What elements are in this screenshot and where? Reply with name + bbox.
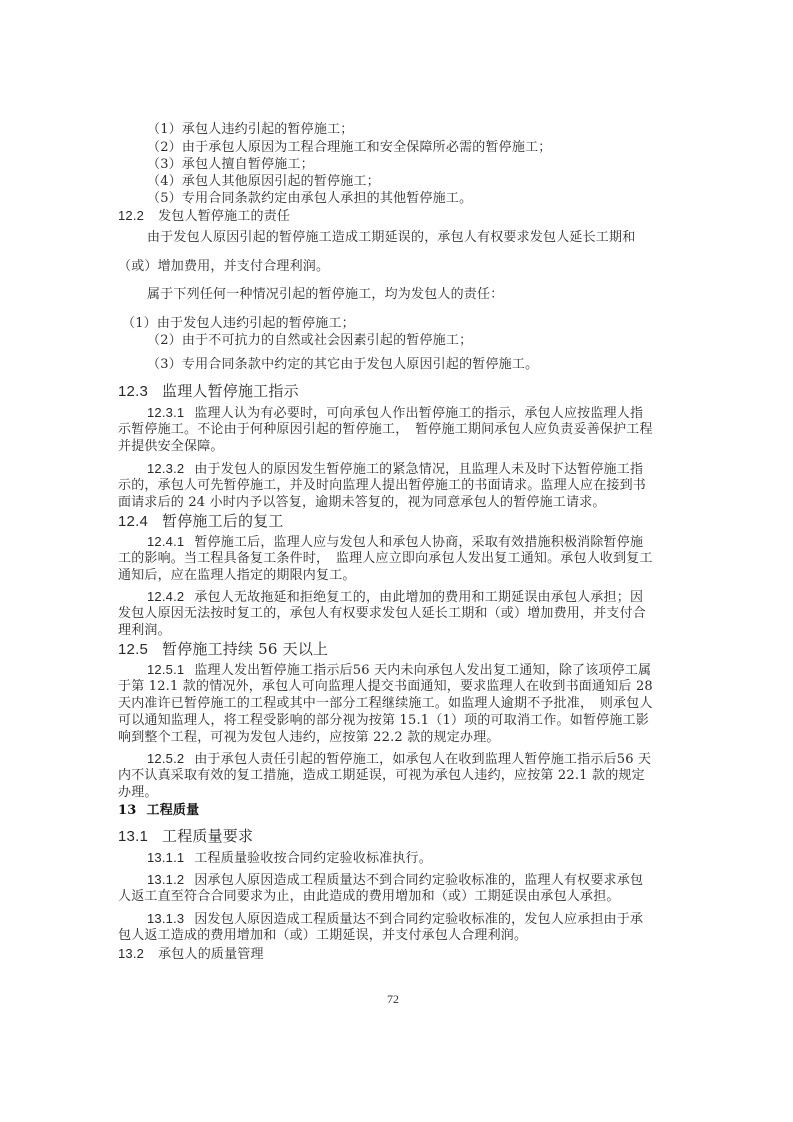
clause-number: 13.1.1 — [147, 850, 184, 865]
clause-text: 监理人认为有必要时，可向承包人作出暂停施工的指示，承包人应按监理人指 — [194, 406, 643, 421]
section-title: 暂停施工持续 56 天以上 — [162, 640, 328, 658]
clause-12-5-1: 12.5.1监理人发出暂停施工指示后56 天内未向承包人发出复工通知，除了该项停… — [147, 661, 651, 679]
clause-number: 12.4.2 — [147, 589, 184, 604]
clause-text: 工程质量验收按合同约定验收标准执行。 — [194, 851, 432, 866]
clause-number: 12.3.1 — [147, 405, 184, 420]
paragraph-line: 可以通知监理人，将工程受影响的部分视为按第 15.1（1）项的可取消工作。如暂停… — [118, 712, 649, 729]
section-title: 承包人的质量管理 — [158, 947, 264, 962]
list-item: （4）承包人其他原因引起的暂停施工； — [147, 173, 380, 190]
section-number: 12.4 — [118, 513, 148, 530]
clause-text: 暂停施工后，监理人应与发包人和承包人协商，采取有效措施积极消除暂停施 — [194, 535, 643, 550]
list-item: （2）由于承包人原因为工程合理施工和安全保障所必需的暂停施工； — [147, 139, 551, 156]
section-number: 13.2 — [118, 946, 144, 961]
clause-text: 由于承包人责任引起的暂停施工，如承包人在收到监理人暂停施工指示后56 天 — [194, 752, 651, 767]
clause-12-4-1: 12.4.1暂停施工后，监理人应与发包人和承包人协商，采取有效措施积极消除暂停施 — [147, 533, 643, 551]
clause-12-4-2: 12.4.2承包人无故拖延和拒绝复工的，由此增加的费用和工期延误由承包人承担；因 — [147, 588, 643, 606]
page-number: 72 — [387, 992, 399, 1007]
section-number: 13.1 — [118, 828, 148, 845]
clause-number: 13.1.3 — [147, 911, 184, 926]
paragraph-line: 面请求后的 24 小时内予以答复，逾期未答复的，视为同意承包人的暂停施工请求。 — [118, 494, 606, 511]
list-item: （2）由于不可抗力的自然或社会因素引起的暂停施工； — [147, 332, 472, 349]
list-item: （1）由于发包人违约引起的暂停施工； — [122, 315, 355, 332]
paragraph-line: 示暂停施工。不论由于何种原因引起的暂停施工， 暂停施工期间承包人应负责妥善保护工… — [118, 421, 653, 438]
clause-number: 12.5.1 — [147, 662, 184, 677]
paragraph-line: 工的影响。当工程具备复工条件时， 监理人应立即向承包人发出复工通知。承包人收到复… — [118, 550, 653, 567]
section-number: 12.2 — [118, 208, 144, 223]
clause-12-3-2: 12.3.2由于发包人的原因发生暂停施工的紧急情况，且监理人未及时下达暂停施工指 — [147, 460, 643, 478]
list-item: （1）承包人违约引起的暂停施工； — [147, 121, 353, 138]
chapter-number: 13 — [118, 803, 137, 818]
paragraph-line: 通知后，应在监理人指定的期限内复工。 — [118, 567, 356, 584]
paragraph-line: 理利润。 — [118, 622, 171, 639]
clause-text: 承包人无故拖延和拒绝复工的，由此增加的费用和工期延误由承包人承担；因 — [194, 590, 643, 605]
chapter-title: 工程质量 — [147, 803, 200, 818]
paragraph-line: 办理。 — [118, 784, 158, 801]
clause-13-1-1: 13.1.1工程质量验收按合同约定验收标准执行。 — [147, 849, 432, 867]
paragraph-line: 于第 12.1 款的情况外，承包人可向监理人提交书面通知，要求监理人在收到书面通… — [118, 678, 653, 695]
section-title: 暂停施工后的复工 — [162, 512, 284, 530]
section-number: 12.5 — [118, 641, 148, 658]
paragraph-line: 由于发包人原因引起的暂停施工造成工期延误的，承包人有权要求发包人延长工期和 — [147, 229, 635, 246]
list-item: （5）专用合同条款约定由承包人承担的其他暂停施工。 — [147, 190, 472, 207]
section-title: 发包人暂停施工的责任 — [158, 209, 290, 224]
paragraph-line: 天内准许已暂停施工的工程或其中一部分工程继续施工。如监理人逾期不予批准， 则承包… — [118, 695, 653, 712]
clause-text: 因发包人原因造成工程质量达不到合同约定验收标准的，发包人应承担由于承 — [194, 912, 643, 927]
clause-number: 12.3.2 — [147, 461, 184, 476]
paragraph-line: 并提供安全保障。 — [118, 438, 224, 455]
clause-number: 12.5.2 — [147, 751, 184, 766]
clause-text: 由于发包人的原因发生暂停施工的紧急情况，且监理人未及时下达暂停施工指 — [194, 462, 643, 477]
paragraph-line: （或）增加费用，并支付合理利润。 — [118, 258, 329, 275]
list-item: （3）承包人擅自暂停施工； — [147, 156, 314, 173]
clause-13-1-2: 13.1.2因承包人原因造成工程质量达不到合同约定验收标准的，监理人有权要求承包 — [147, 871, 643, 889]
section-heading-12-5: 12.5暂停施工持续 56 天以上 — [118, 640, 328, 659]
clause-number: 13.1.2 — [147, 872, 184, 887]
section-heading-12-4: 12.4暂停施工后的复工 — [118, 512, 284, 531]
clause-12-5-2: 12.5.2由于承包人责任引起的暂停施工，如承包人在收到监理人暂停施工指示后56… — [147, 750, 651, 768]
section-title: 工程质量要求 — [162, 827, 253, 845]
paragraph-line: 属于下列任何一种情况引起的暂停施工，均为发包人的责任： — [147, 286, 503, 303]
clause-13-1-3: 13.1.3因发包人原因造成工程质量达不到合同约定验收标准的，发包人应承担由于承 — [147, 910, 643, 928]
paragraph-line: 发包人原因无法按时复工的，承包人有权要求发包人延长工期和（或）增加费用，并支付合 — [118, 605, 646, 622]
clause-12-3-1: 12.3.1监理人认为有必要时，可向承包人作出暂停施工的指示，承包人应按监理人指 — [147, 404, 643, 422]
paragraph-line: 内不认真采取有效的复工措施，造成工期延误，可视为承包人违约，应按第 22.1 款… — [118, 767, 645, 784]
section-title: 监理人暂停施工指示 — [162, 382, 299, 400]
chapter-heading-13: 13工程质量 — [118, 802, 199, 819]
clause-text: 监理人发出暂停施工指示后56 天内未向承包人发出复工通知，除了该项停工属 — [194, 663, 651, 678]
paragraph-line: 人返工直至符合合同要求为止，由此造成的费用增加和（或）工期延误由承包人承担。 — [118, 888, 620, 905]
section-number: 12.3 — [118, 383, 148, 400]
list-item: （3）专用合同条款中约定的其它由于发包人原因引起的暂停施工。 — [147, 356, 538, 373]
paragraph-line: 响到整个工程，可视为发包人违约，应按第 22.2 款的规定办理。 — [118, 729, 500, 746]
section-heading-13-2: 13.2承包人的质量管理 — [118, 945, 264, 963]
section-heading-12-3: 12.3监理人暂停施工指示 — [118, 382, 299, 401]
clause-number: 12.4.1 — [147, 534, 184, 549]
paragraph-line: 包人返工造成的费用增加和（或）工期延误，并支付承包人合理利润。 — [118, 927, 527, 944]
section-heading-13-1: 13.1工程质量要求 — [118, 827, 253, 846]
clause-text: 因承包人原因造成工程质量达不到合同约定验收标准的，监理人有权要求承包 — [194, 873, 643, 888]
paragraph-line: 示的，承包人可先暂停施工，并及时向监理人提出暂停施工的书面请求。监理人应在接到书 — [118, 477, 646, 494]
section-heading-12-2: 12.2发包人暂停施工的责任 — [118, 207, 290, 225]
